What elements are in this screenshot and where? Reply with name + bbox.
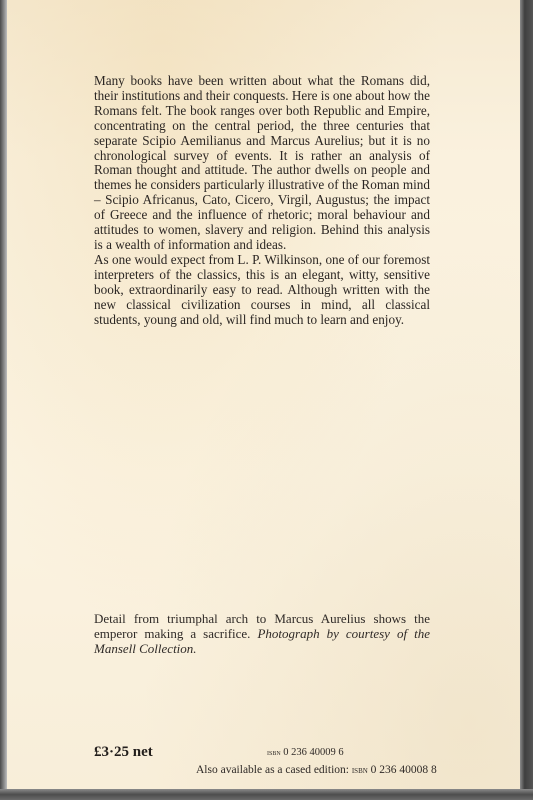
scan-border-right bbox=[519, 0, 533, 800]
isbn-paperback: isbn 0 236 40009 6 bbox=[267, 747, 344, 758]
blurb-paragraph-2: As one would expect from L. P. Wilkinson… bbox=[94, 253, 430, 328]
isbn-label: isbn bbox=[267, 747, 281, 757]
photo-caption: Detail from triumphal arch to Marcus Aur… bbox=[94, 612, 430, 656]
blurb: Many books have been written about what … bbox=[94, 74, 430, 327]
isbn-cased-edition: Also available as a cased edition: isbn … bbox=[196, 764, 437, 776]
isbn-label-cased: isbn bbox=[352, 765, 368, 776]
book-back-cover: Many books have been written about what … bbox=[7, 0, 520, 789]
price-label: £3·25 net bbox=[94, 744, 153, 761]
isbn-paperback-number: 0 236 40009 6 bbox=[283, 747, 343, 758]
scan-border-bottom bbox=[0, 789, 533, 800]
blurb-paragraph-1: Many books have been written about what … bbox=[94, 74, 430, 253]
cased-edition-note: Also available as a cased edition: bbox=[196, 764, 349, 776]
isbn-cased-number: 0 236 40008 8 bbox=[371, 764, 437, 776]
